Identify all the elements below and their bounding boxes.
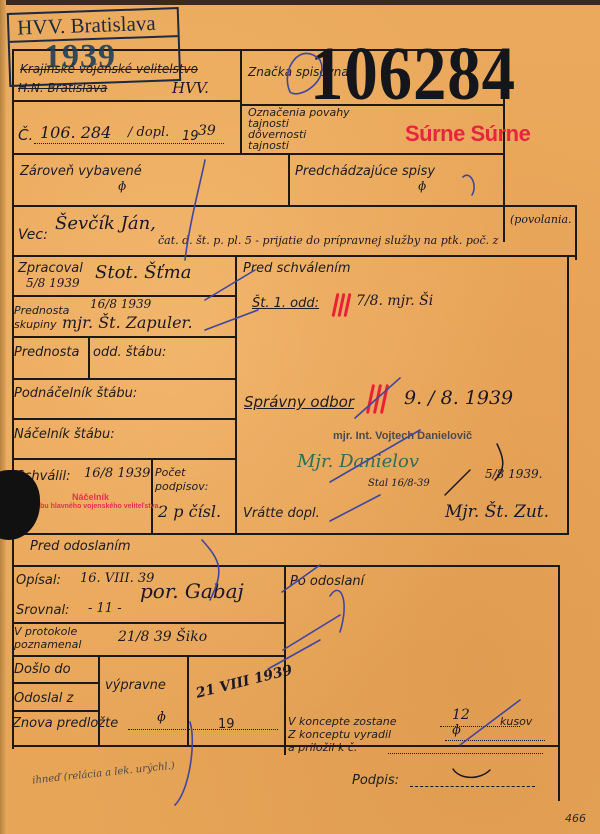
- handwritten-strokes: [0, 0, 600, 834]
- blue-loop-mark: [287, 53, 322, 93]
